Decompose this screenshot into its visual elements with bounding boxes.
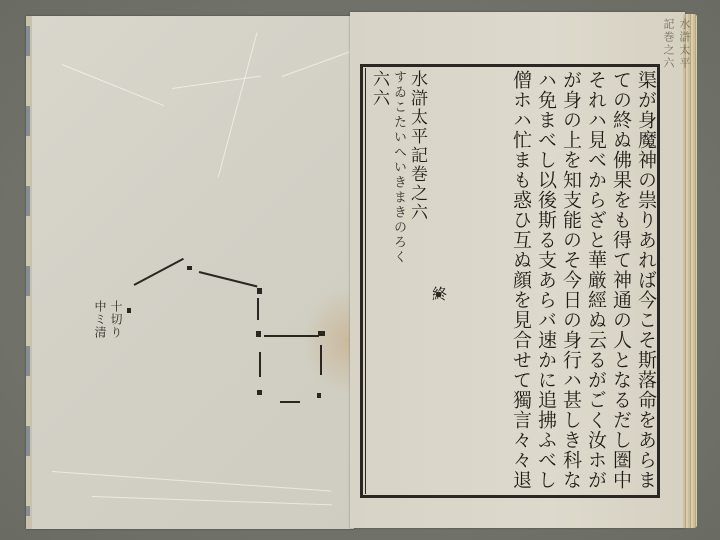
text-column-3: それハ見べからざと華厳經ぬ云るがごく汝ホが暗き眼をハ中々狭隘 [583, 70, 608, 490]
end-mark: 終 [430, 70, 450, 490]
ink-stroke [280, 401, 300, 403]
page-stack-edge [683, 14, 697, 528]
ink-dot [257, 390, 262, 395]
paper-crease [62, 64, 164, 106]
left-page [26, 16, 354, 529]
text-column-1: 渠が身魔神の祟りあれば今こそ斯落命をあらまし々に判り [633, 70, 658, 490]
left-page-worn-edge [26, 26, 30, 516]
text-column-5: ハ免まべし以後斯る支あらバ速かに追拂ふべしと宣ひけるぬぞ役 [533, 70, 558, 490]
frame-fold-line [365, 68, 366, 494]
ink-dot [127, 308, 131, 313]
ink-dot [187, 266, 192, 270]
ink-stroke [257, 298, 259, 320]
text-column-4: が身の上を知支能のそ今日の身行ハ甚しき科なりと先先に度 [558, 70, 583, 490]
paper-crease [92, 496, 332, 505]
paper-crease [218, 32, 258, 177]
volume-title: 水滸太平記巻之六 [408, 70, 430, 490]
main-text-block: 渠が身魔神の祟りあれば今こそ斯落命をあらまし々に判り ての終ぬ佛果をも得て神通の… [370, 70, 658, 490]
ink-dot [257, 288, 262, 294]
handwritten-note: 十切り 中ミ清 [84, 300, 124, 339]
ink-dot [318, 331, 325, 336]
text-column-6: 僧ホハ忙まも惑ひ互ぬ顔を見合せて獨言々々退きけり [508, 70, 533, 490]
note-line-1: 十切り [108, 300, 124, 339]
ink-stroke [259, 352, 261, 377]
ink-dot [317, 393, 321, 398]
paper-crease [52, 471, 331, 492]
text-column-2: ての終ぬ佛果をも得て神通の人となるだし圏中の寃の怨念と [608, 70, 633, 490]
ink-stroke [264, 335, 319, 337]
paper-crease [172, 75, 261, 89]
note-line-2: 中ミ清 [92, 300, 108, 339]
ink-stroke [320, 345, 322, 375]
ink-dot [256, 331, 261, 337]
margin-title: 水滸太平記巻之六 [660, 18, 692, 78]
ink-dot [436, 292, 441, 297]
